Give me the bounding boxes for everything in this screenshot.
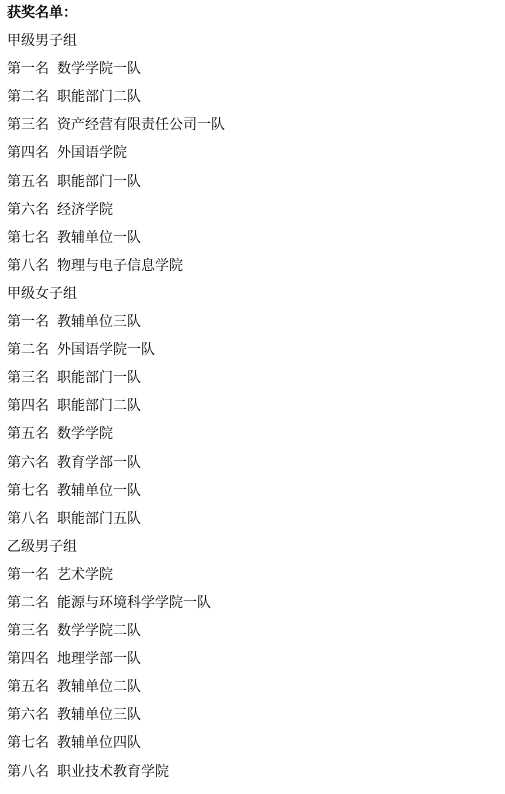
award-entry: 第五名数学学院 [7, 424, 505, 452]
team-name: 职能部门一队 [57, 174, 141, 190]
rank-label: 第四名 [7, 396, 49, 416]
rank-label: 第四名 [7, 649, 49, 669]
award-entry: 第一名教辅单位三队 [7, 312, 505, 340]
award-entry: 第二名外国语学院一队 [7, 340, 505, 368]
rank-label: 第七名 [7, 733, 49, 753]
group-section: 甲级男子组 第一名数学学院一队 第二名职能部门二队 第三名资产经营有限责任公司一… [7, 31, 505, 284]
team-name: 数学学院二队 [57, 623, 141, 639]
award-entry: 第五名职能部门一队 [7, 172, 505, 200]
team-name: 教辅单位三队 [57, 314, 141, 330]
group-heading: 甲级女子组 [7, 284, 505, 312]
rank-label: 第五名 [7, 677, 49, 697]
award-entry: 第四名地理学部一队 [7, 649, 505, 677]
team-name: 数学学院 [57, 426, 113, 442]
award-entry: 第六名教育学部一队 [7, 453, 505, 481]
award-entry: 第八名物理与电子信息学院 [7, 256, 505, 284]
rank-label: 第二名 [7, 340, 49, 360]
award-entry: 第三名数学学院二队 [7, 621, 505, 649]
rank-label: 第五名 [7, 172, 49, 192]
team-name: 外国语学院 [57, 145, 127, 161]
team-name: 教育学部一队 [57, 455, 141, 471]
rank-label: 第一名 [7, 59, 49, 79]
award-entry: 第七名教辅单位一队 [7, 228, 505, 256]
team-name: 职能部门五队 [57, 511, 141, 527]
award-entry: 第五名教辅单位二队 [7, 677, 505, 705]
rank-label: 第一名 [7, 312, 49, 332]
award-list-document: 获奖名单： 甲级男子组 第一名数学学院一队 第二名职能部门二队 第三名资产经营有… [0, 0, 505, 790]
rank-label: 第三名 [7, 621, 49, 641]
rank-label: 第八名 [7, 256, 49, 276]
award-entry: 第一名数学学院一队 [7, 59, 505, 87]
team-name: 艺术学院 [57, 567, 113, 583]
rank-label: 第二名 [7, 87, 49, 107]
rank-label: 第八名 [7, 509, 49, 529]
document-title: 获奖名单： [7, 3, 505, 31]
team-name: 教辅单位一队 [57, 230, 141, 246]
rank-label: 第七名 [7, 228, 49, 248]
team-name: 教辅单位四队 [57, 735, 141, 751]
rank-label: 第三名 [7, 368, 49, 388]
award-entry: 第八名职业技术教育学院 [7, 762, 505, 790]
award-entry: 第七名教辅单位一队 [7, 481, 505, 509]
team-name: 资产经营有限责任公司一队 [57, 117, 225, 133]
team-name: 教辅单位三队 [57, 707, 141, 723]
rank-label: 第六名 [7, 200, 49, 220]
group-section: 甲级女子组 第一名教辅单位三队 第二名外国语学院一队 第三名职能部门一队 第四名… [7, 284, 505, 537]
team-name: 能源与环境科学学院一队 [57, 595, 211, 611]
award-entry: 第七名教辅单位四队 [7, 733, 505, 761]
team-name: 物理与电子信息学院 [57, 258, 183, 274]
award-entry: 第一名艺术学院 [7, 565, 505, 593]
team-name: 教辅单位一队 [57, 483, 141, 499]
award-entry: 第八名职能部门五队 [7, 509, 505, 537]
rank-label: 第六名 [7, 453, 49, 473]
rank-label: 第六名 [7, 705, 49, 725]
team-name: 地理学部一队 [57, 651, 141, 667]
rank-label: 第三名 [7, 115, 49, 135]
rank-label: 第七名 [7, 481, 49, 501]
rank-label: 第五名 [7, 424, 49, 444]
award-entry: 第二名能源与环境科学学院一队 [7, 593, 505, 621]
team-name: 职能部门二队 [57, 89, 141, 105]
team-name: 外国语学院一队 [57, 342, 155, 358]
team-name: 数学学院一队 [57, 61, 141, 77]
rank-label: 第二名 [7, 593, 49, 613]
award-entry: 第六名经济学院 [7, 200, 505, 228]
team-name: 职能部门二队 [57, 398, 141, 414]
award-entry: 第三名职能部门一队 [7, 368, 505, 396]
award-entry: 第四名外国语学院 [7, 143, 505, 171]
rank-label: 第八名 [7, 762, 49, 782]
team-name: 教辅单位二队 [57, 679, 141, 695]
team-name: 职能部门一队 [57, 370, 141, 386]
rank-label: 第四名 [7, 143, 49, 163]
group-heading: 乙级男子组 [7, 537, 505, 565]
team-name: 经济学院 [57, 202, 113, 218]
team-name: 职业技术教育学院 [57, 764, 169, 780]
award-entry: 第二名职能部门二队 [7, 87, 505, 115]
group-heading: 甲级男子组 [7, 31, 505, 59]
group-section: 乙级男子组 第一名艺术学院 第二名能源与环境科学学院一队 第三名数学学院二队 第… [7, 537, 505, 790]
rank-label: 第一名 [7, 565, 49, 585]
award-entry: 第四名职能部门二队 [7, 396, 505, 424]
award-entry: 第六名教辅单位三队 [7, 705, 505, 733]
award-entry: 第三名资产经营有限责任公司一队 [7, 115, 505, 143]
